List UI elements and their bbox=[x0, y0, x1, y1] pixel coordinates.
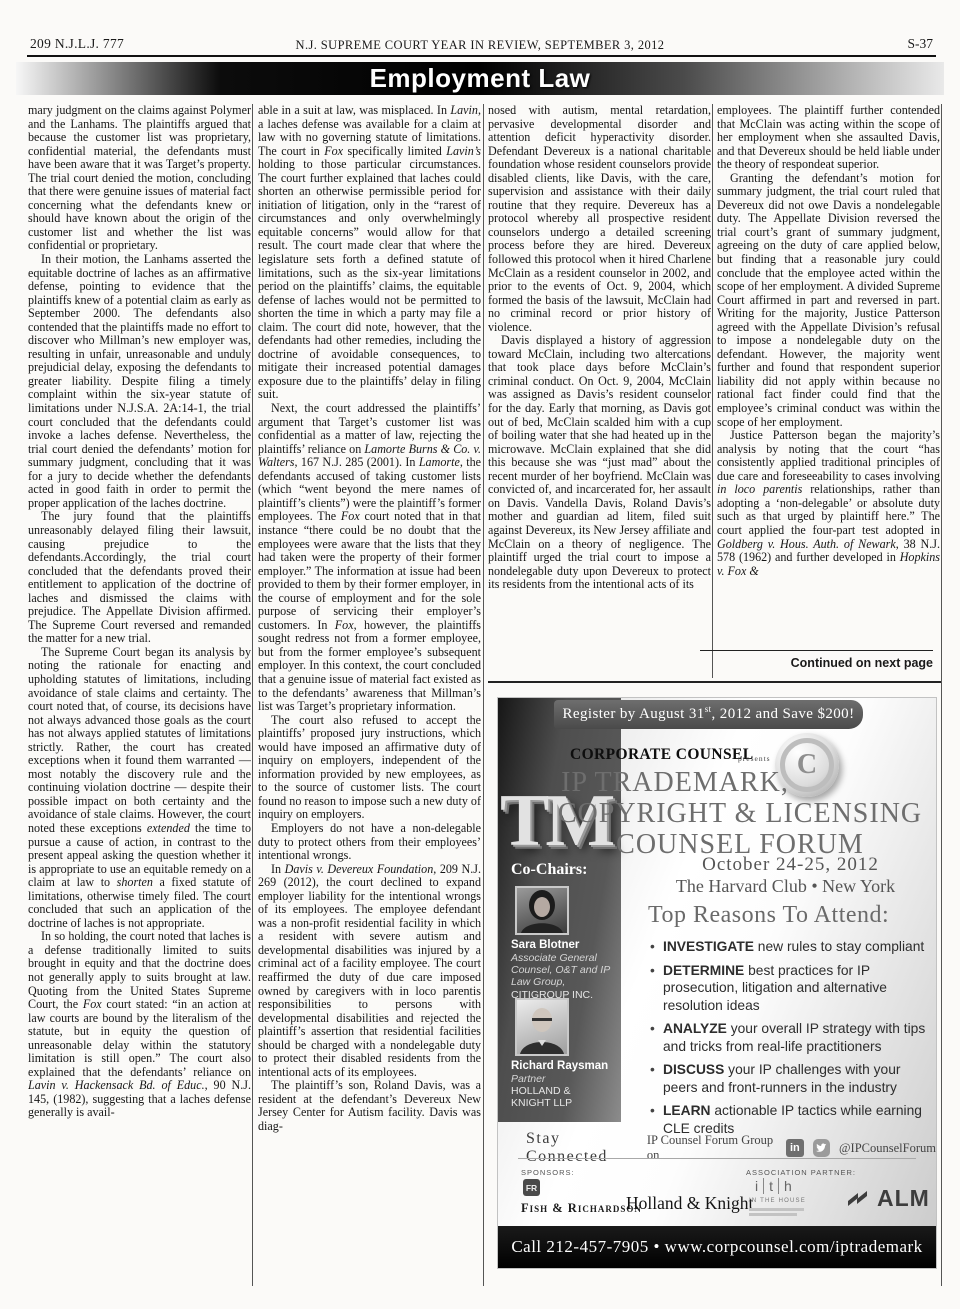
sponsor-divider bbox=[518, 1158, 916, 1159]
continued-rule bbox=[700, 650, 933, 651]
column-rule-1 bbox=[252, 104, 253, 1286]
section-banner-title: Employment Law bbox=[370, 63, 591, 94]
register-banner: Register by August 31st, 2012 and Save $… bbox=[554, 700, 863, 729]
ad-contact-text: Call 212-457-7905 • www.corpcounsel.com/… bbox=[511, 1237, 922, 1257]
ad-contact-bar: Call 212-457-7905 • www.corpcounsel.com/… bbox=[498, 1226, 936, 1268]
event-date: October 24-25, 2012 bbox=[648, 854, 933, 876]
publication-title: N.J. SUPREME COURT YEAR IN REVIEW, SEPTE… bbox=[120, 38, 840, 53]
corporate-counsel-logo: CORPORATE COUNSEL bbox=[570, 746, 754, 764]
twitter-handle: @IPCounselForum bbox=[839, 1141, 936, 1156]
reasons-title: Top Reasons To Attend: bbox=[648, 902, 889, 929]
event-venue: The Harvard Club • New York bbox=[638, 876, 933, 897]
continued-note: Continued on next page bbox=[717, 656, 933, 670]
chair-name: Richard Raysman bbox=[511, 1060, 616, 1072]
article-column-4: employees. The plaintiff further contend… bbox=[717, 104, 940, 644]
article-column-2: able in a suit at law, was misplaced. In… bbox=[258, 104, 481, 1286]
reason-item: DETERMINE best practices for IP prosecut… bbox=[650, 962, 930, 1015]
ad-title-line2: COPYRIGHT & LICENSING bbox=[546, 798, 934, 829]
twitter-icon bbox=[813, 1139, 830, 1157]
edition-number: 209 N.J.L.J. 777 bbox=[30, 36, 124, 52]
chair-role: Partner bbox=[511, 1073, 611, 1085]
chair-company: HOLLAND & KNIGHT LLP bbox=[511, 1085, 611, 1109]
alm-arrows-icon bbox=[848, 1190, 874, 1207]
article-column-1: mary judgment on the claims against Poly… bbox=[28, 104, 251, 1286]
fish-richardson-logo-icon: FR bbox=[523, 1179, 540, 1196]
linkedin-icon: in bbox=[786, 1139, 803, 1157]
reason-item: INVESTIGATE new rules to stay compliant bbox=[650, 938, 930, 956]
ad-title: IP TRADEMARK, COPYRIGHT & LICENSING COUN… bbox=[546, 767, 934, 860]
richard-raysman-photo bbox=[515, 998, 569, 1056]
ith-tagline-bar bbox=[749, 1213, 797, 1216]
reason-item: DISCUSS your IP challenges with your pee… bbox=[650, 1061, 930, 1096]
ad-separator-rule bbox=[488, 681, 941, 683]
ip-counsel-forum-ad: Register by August 31st, 2012 and Save $… bbox=[497, 697, 937, 1269]
stay-connected-row: Stay Connected IP Counsel Forum Group on… bbox=[526, 1130, 936, 1166]
reason-item: ANALYZE your overall IP strategy with ti… bbox=[650, 1020, 930, 1055]
chair-name: Sara Blotner bbox=[511, 939, 616, 951]
column-rule-2 bbox=[483, 104, 484, 1286]
reasons-list: INVESTIGATE new rules to stay compliant … bbox=[650, 938, 930, 1143]
sponsor-fish-richardson: Fish & Richardson bbox=[521, 1201, 642, 1216]
ad-title-line1: IP TRADEMARK, bbox=[546, 767, 934, 798]
sara-blotner-photo bbox=[515, 886, 569, 935]
cochairs-label: Co-Chairs: bbox=[511, 861, 587, 879]
masthead-rule bbox=[27, 55, 936, 57]
in-the-house-sub: IN THE HOUSE bbox=[749, 1198, 806, 1204]
sponsor-holland-knight: Holland & Knight bbox=[626, 1193, 753, 1214]
article-column-3: nosed with autism, mental retardation, p… bbox=[488, 104, 711, 670]
sponsors-label: SPONSORS: bbox=[521, 1168, 575, 1177]
portrait-silhouette-icon bbox=[517, 1000, 567, 1054]
ith-tagline-bar bbox=[749, 1208, 804, 1211]
section-banner: Employment Law bbox=[16, 62, 944, 95]
in-the-house-logo: ith bbox=[750, 1178, 797, 1194]
portrait-silhouette-icon bbox=[517, 888, 567, 933]
page-number: S-37 bbox=[907, 36, 933, 52]
register-text: Register by August 31st, 2012 and Save $… bbox=[563, 706, 855, 723]
stay-connected-label: Stay Connected bbox=[526, 1130, 638, 1166]
alm-logo: ALM bbox=[848, 1185, 930, 1212]
presents-label: presents bbox=[738, 754, 771, 763]
column-rule-right bbox=[941, 104, 942, 1286]
column-rule-3 bbox=[712, 104, 713, 678]
association-partner-label: ASSOCIATION PARTNER: bbox=[746, 1168, 856, 1177]
chair-role: Associate General Counsel, O&T and IP La… bbox=[511, 952, 611, 988]
